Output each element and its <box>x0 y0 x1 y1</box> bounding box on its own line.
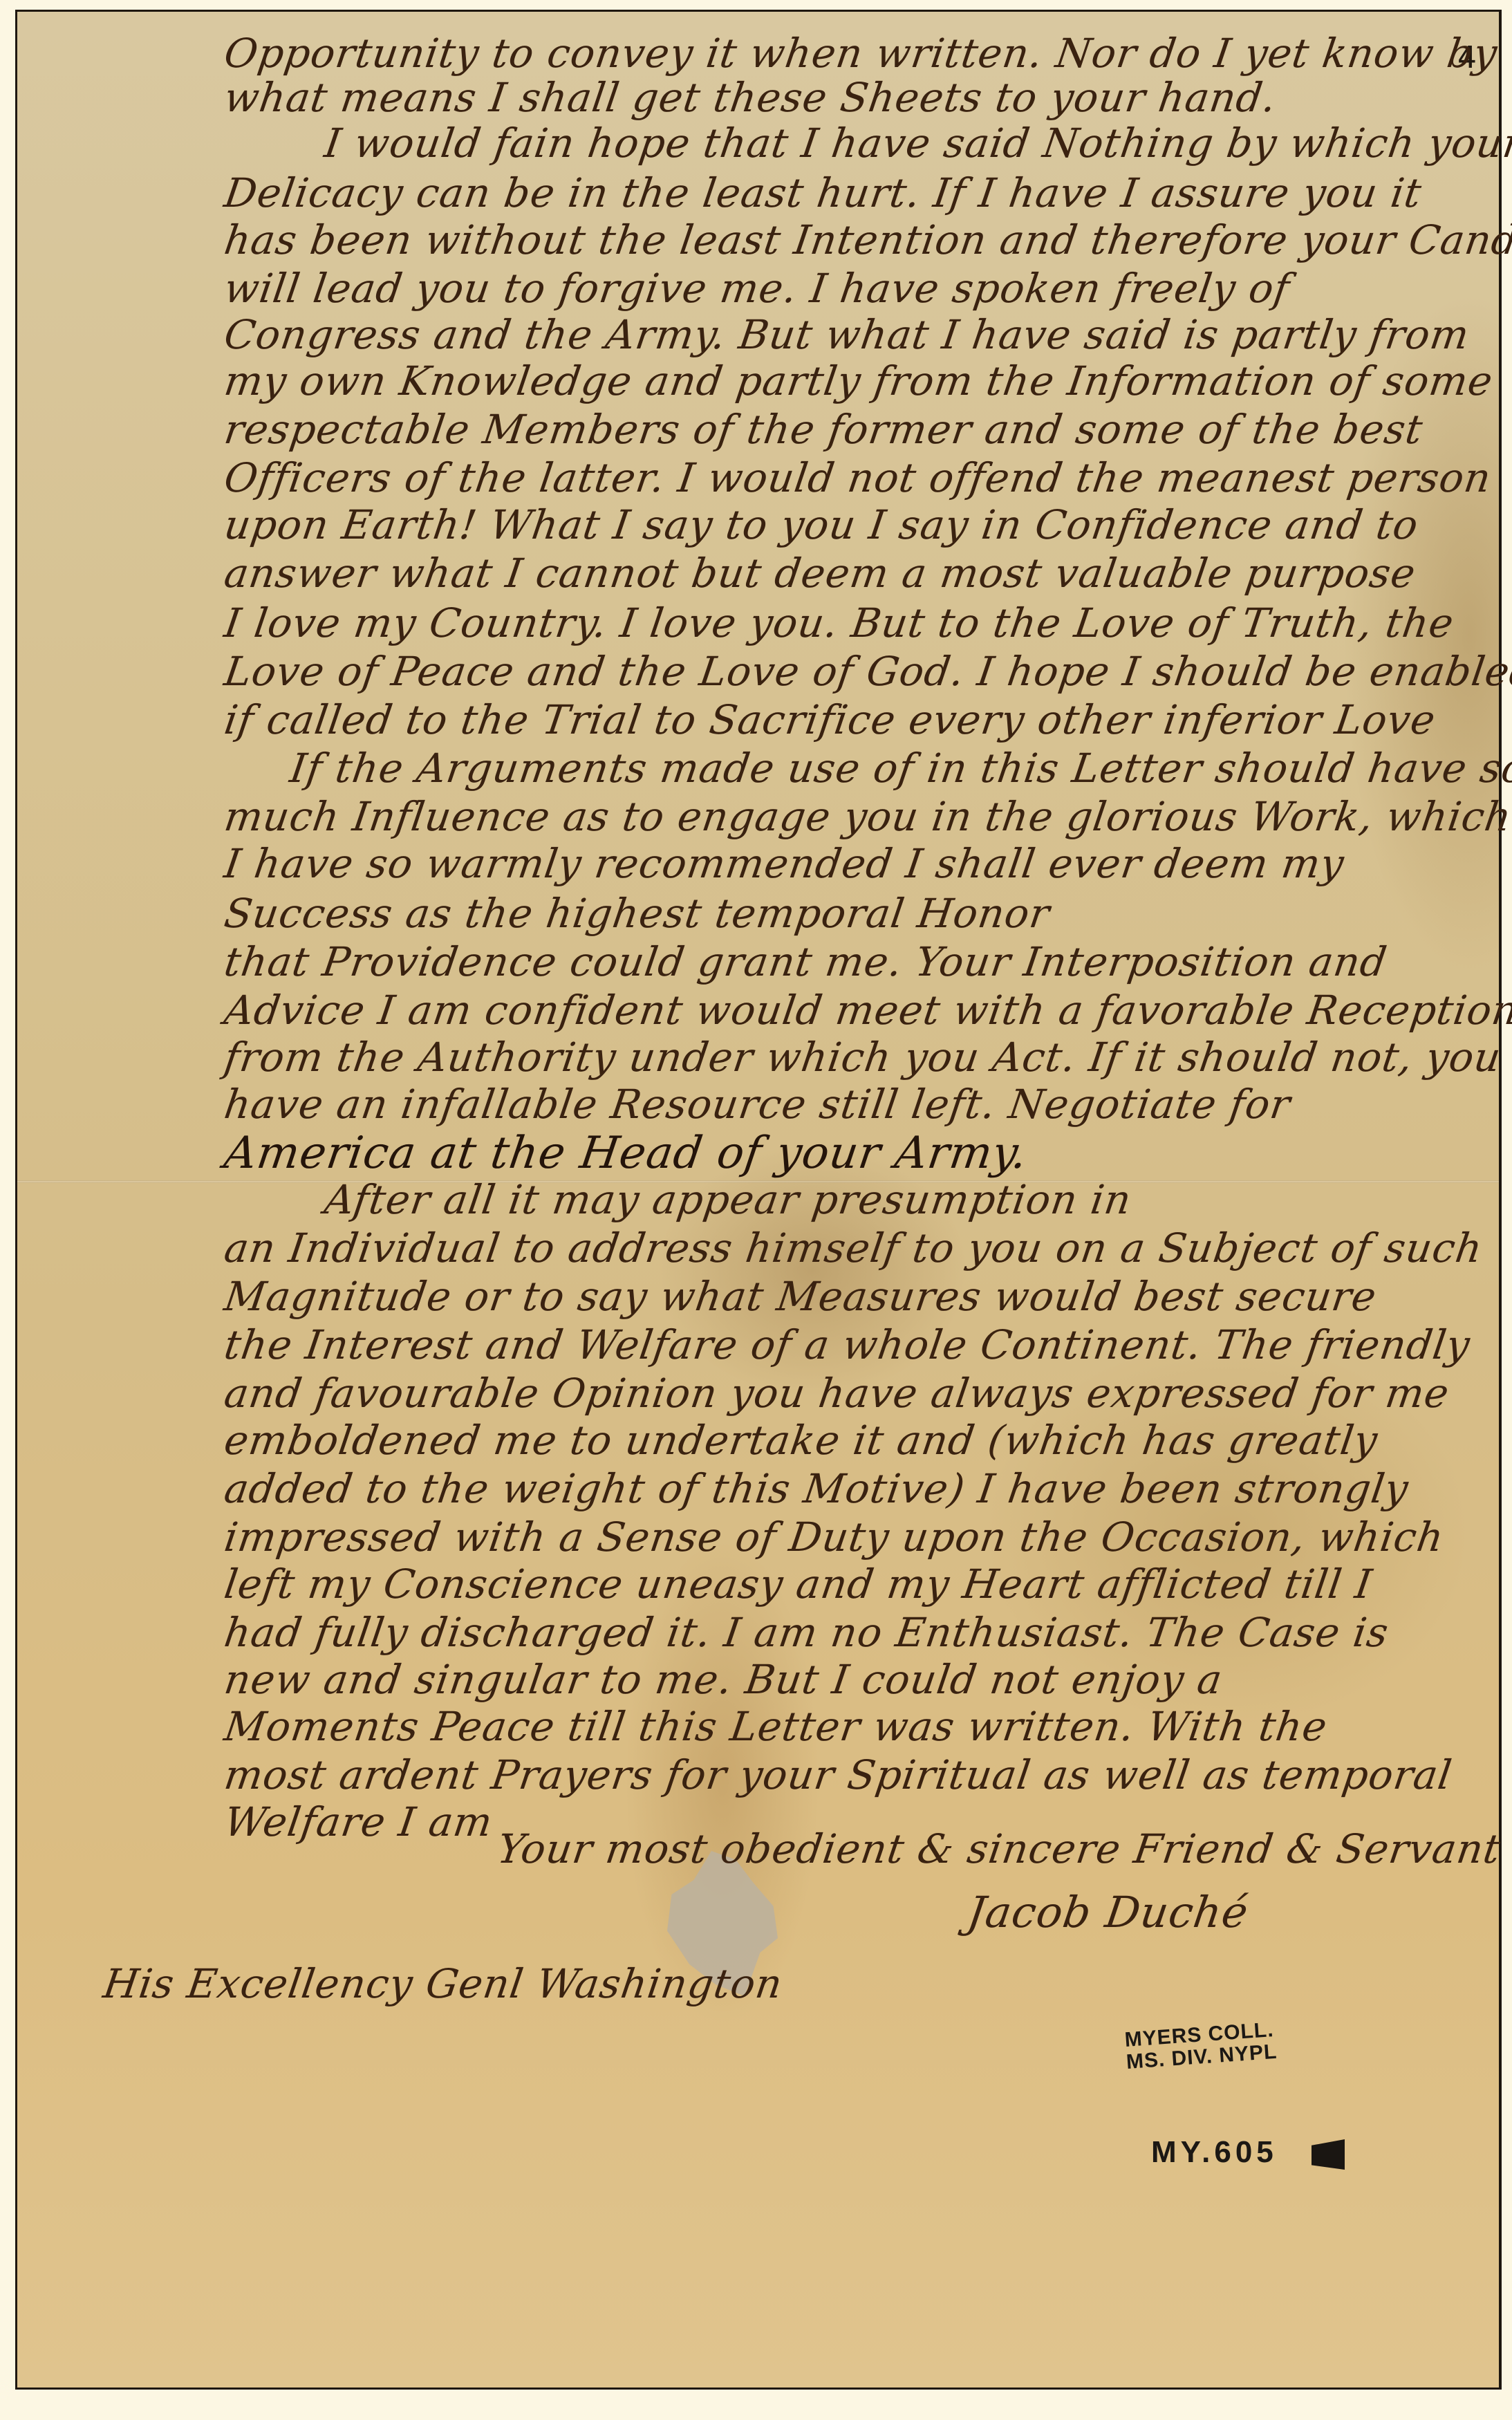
letter-line: answer what I cannot but deem a most val… <box>222 553 1419 593</box>
letter-line: added to the weight of this Motive) I ha… <box>222 1469 1411 1509</box>
letter-line: I would fain hope that I have said Nothi… <box>322 123 1512 163</box>
letter-line: new and singular to me. But I could not … <box>222 1659 1225 1700</box>
letter-line: Advice I am confident would meet with a … <box>222 990 1512 1030</box>
letter-line: I love my Country. I love you. But to th… <box>222 603 1457 643</box>
letter-line: America at the Head of your Army. <box>222 1131 1031 1175</box>
letter-line: After all it may appear presumption in <box>322 1180 1134 1220</box>
letter-line: I have so warmly recommended I shall eve… <box>222 844 1347 884</box>
addressee: His Excellency Genl Washington <box>101 1964 785 2004</box>
letter-line: Love of Peace and the Love of God. I hop… <box>222 651 1512 691</box>
letter-line: impressed with a Sense of Duty upon the … <box>222 1517 1446 1557</box>
letter-line: have an infallable Resource still left. … <box>222 1084 1293 1124</box>
letter-line: Welfare I am <box>222 1802 495 1842</box>
letter-line: respectable Members of the former and so… <box>222 409 1426 449</box>
letter-line: what means I shall get these Sheets to y… <box>222 77 1279 118</box>
letter-line: much Influence as to engage you in the g… <box>222 797 1512 837</box>
letter-line: Congress and the Army. But what I have s… <box>222 315 1472 355</box>
letter-line: an Individual to address himself to you … <box>222 1228 1485 1268</box>
letter-line: If the Arguments made use of in this Let… <box>288 748 1512 788</box>
signature: Jacob Duché <box>965 1891 1251 1934</box>
letter-line: most ardent Prayers for your Spiritual a… <box>222 1755 1455 1795</box>
letter-line: Magnitude or to say what Measures would … <box>222 1276 1379 1316</box>
letter-line: has been without the least Intention and… <box>222 220 1512 260</box>
letter-line: upon Earth! What I say to you I say in C… <box>222 505 1421 545</box>
letter-line: Officers of the latter. I would not offe… <box>222 458 1494 498</box>
letter-line: Moments Peace till this Letter was writt… <box>222 1706 1330 1747</box>
letter-line: had fully discharged it. I am no Enthusi… <box>222 1612 1391 1653</box>
letter-line: emboldened me to undertake it and (which… <box>222 1420 1381 1460</box>
letter-line: and favourable Opinion you have always e… <box>222 1373 1452 1413</box>
letter-line: Delicacy can be in the least hurt. If I … <box>222 173 1424 213</box>
letter-line: left my Conscience uneasy and my Heart a… <box>222 1564 1375 1604</box>
letter-line: the Interest and Welfare of a whole Cont… <box>222 1325 1473 1365</box>
letter-line: if called to the Trial to Sacrifice ever… <box>222 700 1438 740</box>
item-number-stamp: MY.605 <box>1151 2137 1278 2168</box>
letter-line: Success as the highest temporal Honor <box>222 893 1052 933</box>
letter-line: Opportunity to convey it when written. N… <box>222 33 1500 73</box>
letter-line: that Providence could grant me. Your Int… <box>222 942 1390 982</box>
letter-line: will lead you to forgive me. I have spok… <box>222 268 1292 308</box>
letter-line: my own Knowledge and partly from the Inf… <box>222 361 1495 401</box>
letter-line: from the Authority under which you Act. … <box>222 1037 1504 1077</box>
closing-salutation: Your most obedient & sincere Friend & Se… <box>495 1829 1503 1869</box>
